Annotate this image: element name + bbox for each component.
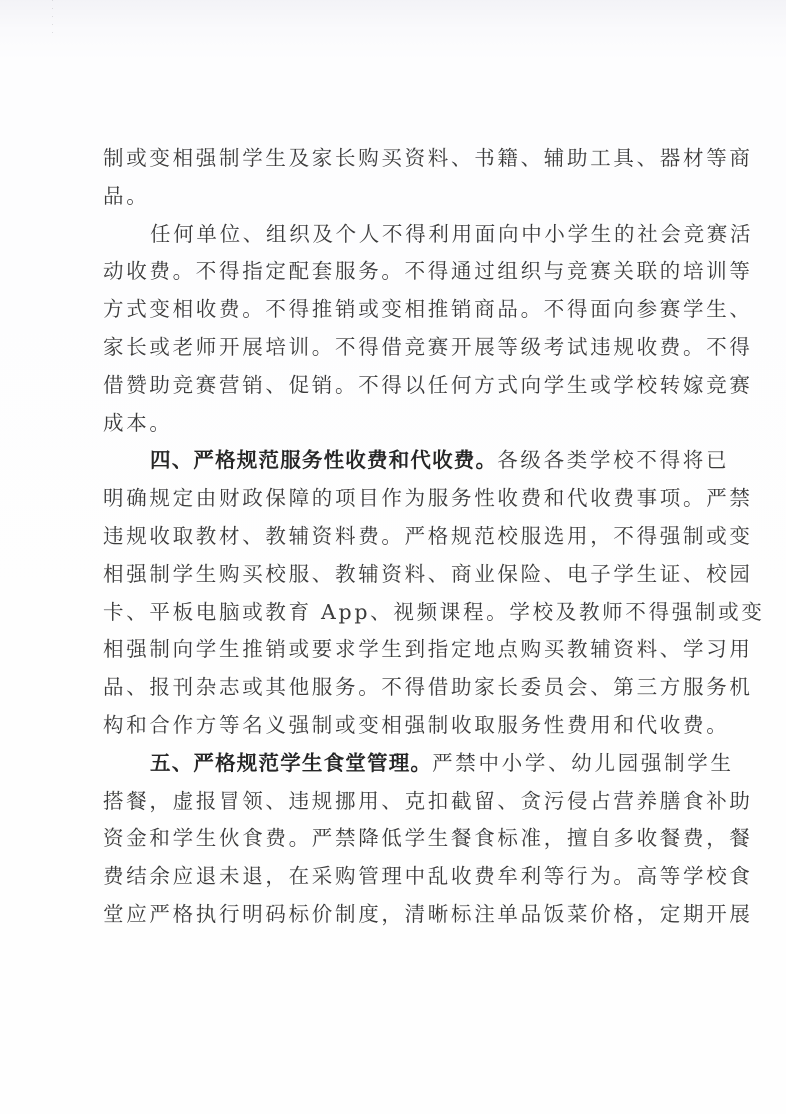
text-line: 堂应严格执行明码标价制度，清晰标注单品饭菜价格，定期开展	[103, 896, 693, 934]
paragraph-competition-fees: 任何单位、组织及个人不得利用面向中小学生的社会竞赛活 动收费。不得指定配套服务。…	[103, 216, 693, 443]
text-line: 借赞助竞赛营销、促销。不得以任何方式向学生或学校转嫁竞赛	[103, 367, 693, 405]
scan-artifact	[52, 0, 53, 40]
text-line: 资金和学生伙食费。严禁降低学生餐食标准，擅自多收餐费，餐	[103, 820, 693, 858]
text-line: 明确规定由财政保障的项目作为服务性收费和代收费事项。严禁	[103, 480, 693, 518]
scanned-page: 制或变相强制学生及家长购买资料、书籍、辅助工具、器材等商 品。 任何单位、组织及…	[0, 0, 786, 1114]
text-line: 品、报刊杂志或其他服务。不得借助家长委员会、第三方服务机	[103, 669, 693, 707]
text-line: 构和合作方等名义强制或变相强制收取服务性费用和代收费。	[103, 707, 693, 745]
text-line: 动收费。不得指定配套服务。不得通过组织与竞赛关联的培训等	[103, 253, 693, 291]
text-line: 费结余应退未退，在采购管理中乱收费牟利等行为。高等学校食	[103, 858, 693, 896]
text-line: 卡、平板电脑或教育 App、视频课程。学校及教师不得强制或变	[103, 594, 693, 632]
text-line: 相强制向学生推销或要求学生到指定地点购买教辅资料、学习用	[103, 631, 693, 669]
text-line: 方式变相收费。不得推销或变相推销商品。不得面向参赛学生、	[103, 291, 693, 329]
paragraph-section-five: 五、严格规范学生食堂管理。严禁中小学、幼儿园强制学生 搭餐，虚报冒领、违规挪用、…	[103, 745, 693, 934]
paragraph-section-four: 四、严格规范服务性收费和代收费。各级各类学校不得将已 明确规定由财政保障的项目作…	[103, 442, 693, 744]
paragraph-continuation: 制或变相强制学生及家长购买资料、书籍、辅助工具、器材等商 品。	[103, 140, 693, 216]
section-heading: 五、严格规范学生食堂管理。	[150, 751, 432, 775]
text-line: 五、严格规范学生食堂管理。严禁中小学、幼儿园强制学生	[103, 745, 693, 783]
text-line: 四、严格规范服务性收费和代收费。各级各类学校不得将已	[103, 442, 693, 480]
text-line: 搭餐，虚报冒领、违规挪用、克扣截留、贪污侵占营养膳食补助	[103, 783, 693, 821]
text-line: 成本。	[103, 405, 693, 443]
text-line: 品。	[103, 178, 693, 216]
text-line: 任何单位、组织及个人不得利用面向中小学生的社会竞赛活	[103, 216, 693, 254]
document-body: 制或变相强制学生及家长购买资料、书籍、辅助工具、器材等商 品。 任何单位、组织及…	[103, 140, 693, 934]
text-line: 制或变相强制学生及家长购买资料、书籍、辅助工具、器材等商	[103, 140, 693, 178]
text-run: 严禁中小学、幼儿园强制学生	[432, 751, 734, 775]
text-line: 相强制学生购买校服、教辅资料、商业保险、电子学生证、校园	[103, 556, 693, 594]
section-heading: 四、严格规范服务性收费和代收费。	[150, 448, 497, 472]
text-line: 违规收取教材、教辅资料费。严格规范校服选用，不得强制或变	[103, 518, 693, 556]
text-run: 各级各类学校不得将已	[497, 448, 729, 472]
text-line: 家长或老师开展培训。不得借竞赛开展等级考试违规收费。不得	[103, 329, 693, 367]
